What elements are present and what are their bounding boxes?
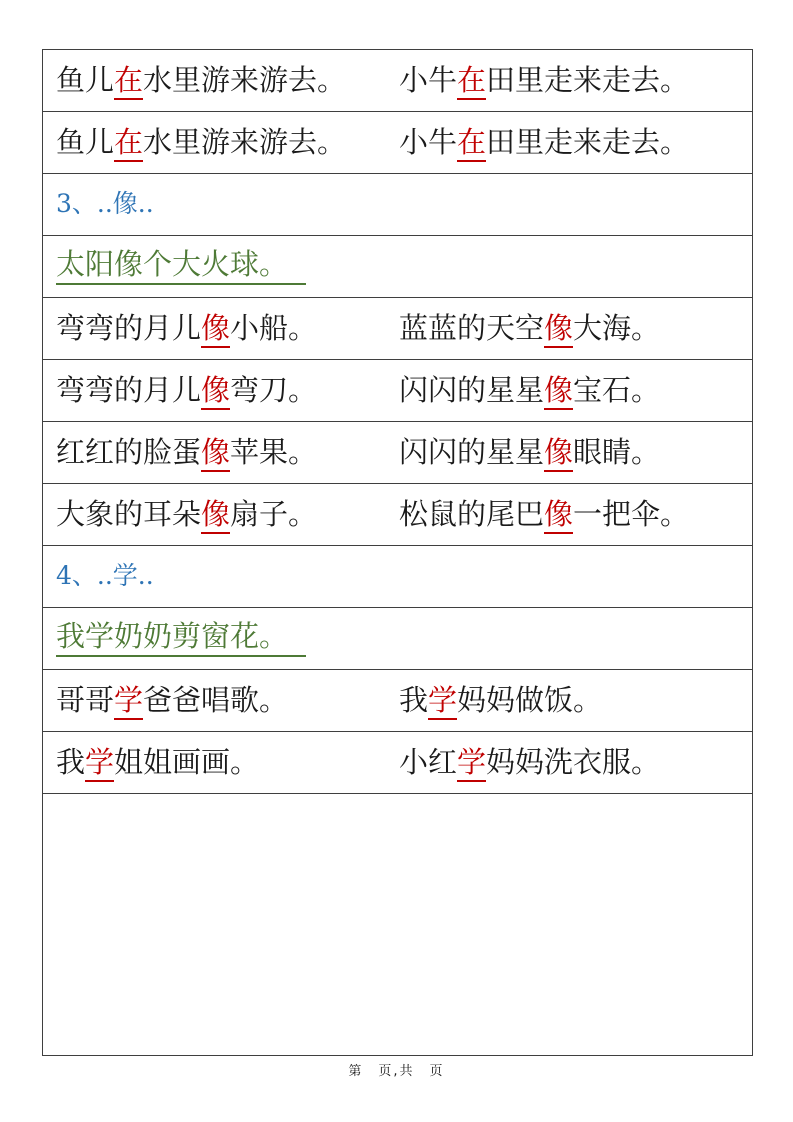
sentence-text-pre: 蓝蓝的天空 <box>399 311 544 345</box>
sentence-text-post: 弯刀。 <box>230 373 317 407</box>
keyword-char: 学 <box>114 683 143 720</box>
sentence-text-post: 宝石。 <box>573 373 660 407</box>
keyword-char: 在 <box>457 63 486 100</box>
keyword-char: 像 <box>544 311 573 348</box>
sentence-right: 我学妈妈做饭。 <box>399 684 602 717</box>
sentence-text-post: 一把伞。 <box>573 497 689 531</box>
section-header-row: 4、..学.. <box>43 546 752 608</box>
keyword-char: 像 <box>201 497 230 534</box>
sentence-left: 鱼儿在水里游来游去。 <box>56 64 399 97</box>
sentence-text-post: 苹果。 <box>230 435 317 469</box>
sentence-row: 弯弯的月儿像弯刀。闪闪的星星像宝石。 <box>43 360 752 422</box>
sentence-text-pre: 弯弯的月儿 <box>56 373 201 407</box>
keyword-char: 在 <box>457 125 486 162</box>
sentence-right: 闪闪的星星像眼睛。 <box>399 436 660 469</box>
sentence-text-pre: 小红 <box>399 745 457 779</box>
example-sentence-row: 太阳像个大火球。 <box>43 236 752 298</box>
sentence-text-pre: 我 <box>56 745 85 779</box>
worksheet-table: 鱼儿在水里游来游去。小牛在田里走来走去。鱼儿在水里游来游去。小牛在田里走来走去。… <box>42 49 753 1056</box>
keyword-char: 学 <box>457 745 486 782</box>
page-footer: 第 页,共 页 <box>0 1060 793 1079</box>
sentence-left: 鱼儿在水里游来游去。 <box>56 126 399 159</box>
sentence-row: 鱼儿在水里游来游去。小牛在田里走来走去。 <box>43 112 752 174</box>
keyword-char: 像 <box>544 497 573 534</box>
sentence-row: 大象的耳朵像扇子。松鼠的尾巴像一把伞。 <box>43 484 752 546</box>
keyword-char: 学 <box>428 683 457 720</box>
sentence-row: 哥哥学爸爸唱歌。我学妈妈做饭。 <box>43 670 752 732</box>
sentence-left: 大象的耳朵像扇子。 <box>56 498 399 531</box>
sentence-left: 弯弯的月儿像弯刀。 <box>56 374 399 407</box>
sentence-text-post: 姐姐画画。 <box>114 745 259 779</box>
sentence-right: 小红学妈妈洗衣服。 <box>399 746 660 779</box>
sentence-text-post: 妈妈做饭。 <box>457 683 602 717</box>
sentence-row: 鱼儿在水里游来游去。小牛在田里走来走去。 <box>43 50 752 112</box>
section-header-label: 3、..像.. <box>56 190 154 219</box>
sentence-text-post: 小船。 <box>230 311 317 345</box>
sentence-text-pre: 闪闪的星星 <box>399 435 544 469</box>
sentence-row: 我学姐姐画画。小红学妈妈洗衣服。 <box>43 732 752 794</box>
sentence-text-post: 眼睛。 <box>573 435 660 469</box>
sentence-row: 红红的脸蛋像苹果。闪闪的星星像眼睛。 <box>43 422 752 484</box>
sentence-right: 小牛在田里走来走去。 <box>399 64 689 97</box>
sentence-text-pre: 小牛 <box>399 125 457 159</box>
sentence-text-post: 田里走来走去。 <box>486 63 689 97</box>
empty-row <box>43 794 752 1055</box>
sentence-text-pre: 大象的耳朵 <box>56 497 201 531</box>
keyword-char: 像 <box>201 435 230 472</box>
sentence-row: 弯弯的月儿像小船。蓝蓝的天空像大海。 <box>43 298 752 360</box>
sentence-text-pre: 哥哥 <box>56 683 114 717</box>
sentence-text-post: 水里游来游去。 <box>143 63 346 97</box>
sentence-right: 松鼠的尾巴像一把伞。 <box>399 498 689 531</box>
sentence-text-pre: 闪闪的星星 <box>399 373 544 407</box>
keyword-char: 像 <box>544 373 573 410</box>
sentence-text-pre: 我 <box>399 683 428 717</box>
sentence-text-post: 扇子。 <box>230 497 317 531</box>
section-header-label: 4、..学.. <box>56 562 154 591</box>
sentence-text-pre: 弯弯的月儿 <box>56 311 201 345</box>
keyword-char: 在 <box>114 125 143 162</box>
keyword-char: 在 <box>114 63 143 100</box>
sentence-right: 闪闪的星星像宝石。 <box>399 374 660 407</box>
keyword-char: 像 <box>201 373 230 410</box>
keyword-char: 像 <box>201 311 230 348</box>
sentence-text-post: 田里走来走去。 <box>486 125 689 159</box>
sentence-left: 红红的脸蛋像苹果。 <box>56 436 399 469</box>
example-sentence-text: 我学奶奶剪窗花。 <box>56 620 306 656</box>
sentence-text-post: 大海。 <box>573 311 660 345</box>
sentence-text-post: 爸爸唱歌。 <box>143 683 288 717</box>
sentence-left: 我学姐姐画画。 <box>56 746 399 779</box>
sentence-right: 蓝蓝的天空像大海。 <box>399 312 660 345</box>
example-sentence-text: 太阳像个大火球。 <box>56 248 306 284</box>
sentence-text-post: 妈妈洗衣服。 <box>486 745 660 779</box>
example-sentence-row: 我学奶奶剪窗花。 <box>43 608 752 670</box>
keyword-char: 像 <box>544 435 573 472</box>
sentence-text-pre: 红红的脸蛋 <box>56 435 201 469</box>
sentence-left: 哥哥学爸爸唱歌。 <box>56 684 399 717</box>
sentence-text-pre: 鱼儿 <box>56 125 114 159</box>
sentence-text-pre: 鱼儿 <box>56 63 114 97</box>
keyword-char: 学 <box>85 745 114 782</box>
sentence-text-pre: 小牛 <box>399 63 457 97</box>
sentence-right: 小牛在田里走来走去。 <box>399 126 689 159</box>
sentence-text-post: 水里游来游去。 <box>143 125 346 159</box>
section-header-row: 3、..像.. <box>43 174 752 236</box>
sentence-left: 弯弯的月儿像小船。 <box>56 312 399 345</box>
sentence-text-pre: 松鼠的尾巴 <box>399 497 544 531</box>
